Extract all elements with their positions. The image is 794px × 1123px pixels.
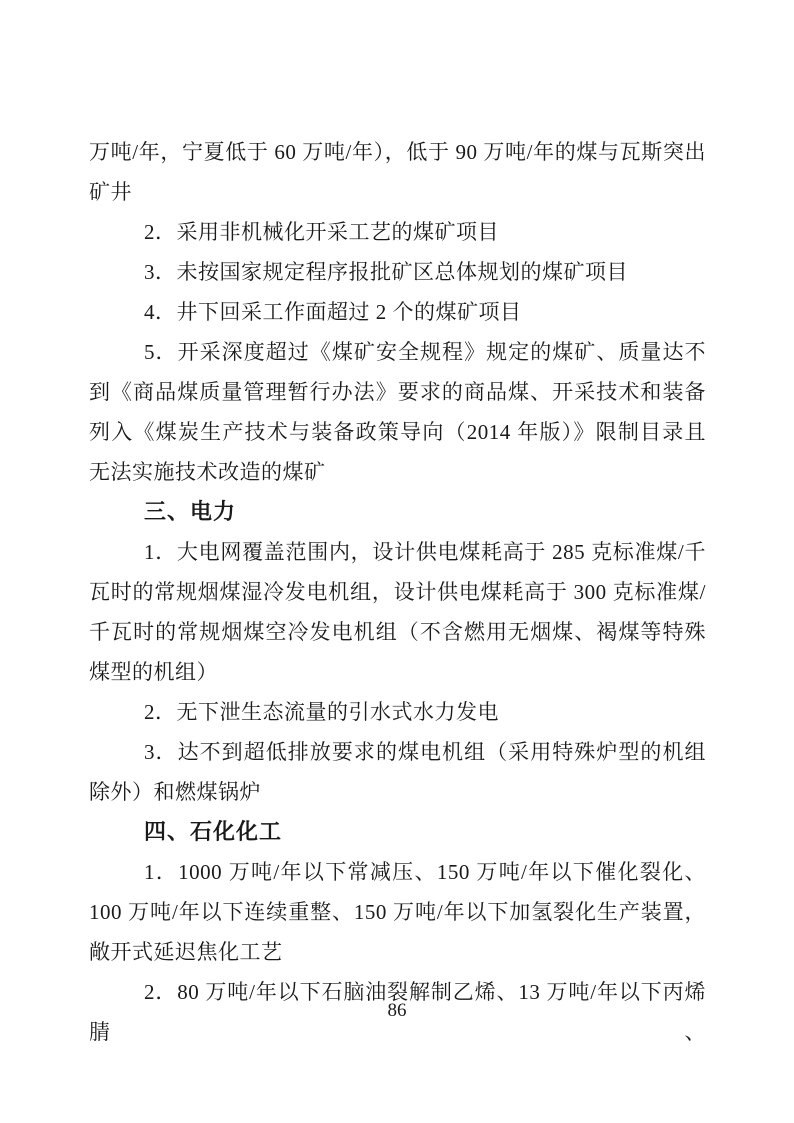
section-heading-petrochemical: 四、石化化工 xyxy=(89,812,706,852)
page-number: 86 xyxy=(0,1000,794,1022)
list-item-power-1: 1．大电网覆盖范围内，设计供电煤耗高于 285 克标准煤/千瓦时的常规烟煤湿冷发… xyxy=(89,532,706,692)
section-heading-electric-power: 三、电力 xyxy=(89,492,706,532)
paragraph-continued-coal-mines: 万吨/年，宁夏低于 60 万吨/年），低于 90 万吨/年的煤与瓦斯突出矿井 xyxy=(89,132,706,212)
list-item-coal-3: 3．未按国家规定程序报批矿区总体规划的煤矿项目 xyxy=(89,252,706,292)
list-item-power-3: 3．达不到超低排放要求的煤电机组（采用特殊炉型的机组除外）和燃煤锅炉 xyxy=(89,732,706,812)
document-page: 万吨/年，宁夏低于 60 万吨/年），低于 90 万吨/年的煤与瓦斯突出矿井 2… xyxy=(0,0,794,1123)
list-item-petrochemical-1: 1．1000 万吨/年以下常减压、150 万吨/年以下催化裂化、100 万吨/年… xyxy=(89,852,706,972)
list-item-coal-2: 2．采用非机械化开采工艺的煤矿项目 xyxy=(89,212,706,252)
document-body: 万吨/年，宁夏低于 60 万吨/年），低于 90 万吨/年的煤与瓦斯突出矿井 2… xyxy=(89,132,706,1052)
list-item-coal-4: 4．井下回采工作面超过 2 个的煤矿项目 xyxy=(89,292,706,332)
list-item-coal-5: 5．开采深度超过《煤矿安全规程》规定的煤矿、质量达不到《商品煤质量管理暂行办法》… xyxy=(89,332,706,492)
list-item-power-2: 2．无下泄生态流量的引水式水力发电 xyxy=(89,692,706,732)
